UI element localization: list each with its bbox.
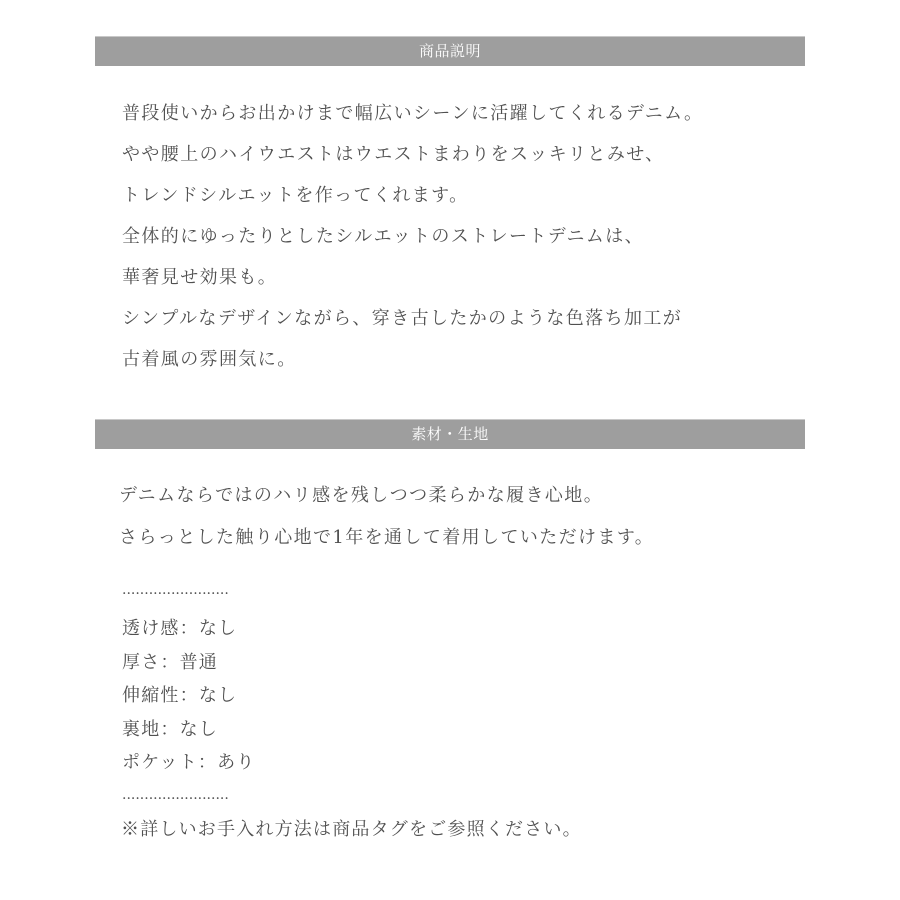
spec-list: 透け感：なし 厚さ：普通 伸縮性：なし 裏地：なし ポケット：あり (122, 615, 256, 783)
spec-key: 裏地 (122, 719, 160, 740)
spec-value: なし (180, 719, 218, 740)
spec-separator: ： (160, 652, 179, 673)
spec-key: 透け感 (122, 618, 180, 639)
spec-item-stretch: 伸縮性：なし (122, 682, 256, 716)
description-line: 全体的にゆったりとしたシルエットのストレートデニムは、 (122, 222, 762, 263)
spec-separator: ： (180, 618, 199, 639)
description-body: 普段使いからお出かけまで幅広いシーンに活躍してくれるデニム。 やや腰上のハイウエ… (122, 99, 762, 386)
care-note: ※詳しいお手入れ方法は商品タグをご参照ください。 (121, 816, 582, 844)
description-line: 普段使いからお出かけまで幅広いシーンに活躍してくれるデニム。 (122, 99, 762, 140)
spec-key: 厚さ (122, 652, 160, 673)
spec-value: なし (199, 685, 237, 706)
description-line: 華奢見せ効果も。 (122, 263, 762, 304)
section-header-material: 素材・生地 (95, 419, 805, 449)
dotted-divider-top: ........................ (122, 583, 229, 597)
material-line: デニムならではのハリ感を残しつつ柔らかな履き心地。 (119, 482, 759, 524)
material-line: さらっとした触り心地で1年を通して着用していただけます。 (119, 524, 759, 566)
spec-value: 普通 (180, 652, 218, 673)
description-line: やや腰上のハイウエストはウエストまわりをスッキリとみせ、 (122, 140, 762, 181)
spec-item-lining: 裏地：なし (122, 716, 256, 750)
spec-key: 伸縮性 (122, 685, 180, 706)
description-line: トレンドシルエットを作ってくれます。 (122, 181, 762, 222)
description-line: シンプルなデザインながら、穿き古したかのような色落ち加工が (122, 304, 762, 345)
spec-separator: ： (180, 685, 199, 706)
description-line: 古着風の雰囲気に。 (122, 345, 762, 386)
dotted-divider-bottom: ........................ (122, 788, 229, 802)
spec-value: あり (217, 752, 255, 773)
section-header-description: 商品説明 (95, 36, 805, 66)
spec-item-pocket: ポケット：あり (122, 749, 256, 783)
spec-item-thickness: 厚さ：普通 (122, 649, 256, 683)
spec-value: なし (199, 618, 237, 639)
spec-item-transparency: 透け感：なし (122, 615, 256, 649)
spec-separator: ： (160, 719, 179, 740)
material-body: デニムならではのハリ感を残しつつ柔らかな履き心地。 さらっとした触り心地で1年を… (119, 482, 759, 566)
spec-separator: ： (198, 752, 217, 773)
spec-key: ポケット (122, 752, 198, 773)
